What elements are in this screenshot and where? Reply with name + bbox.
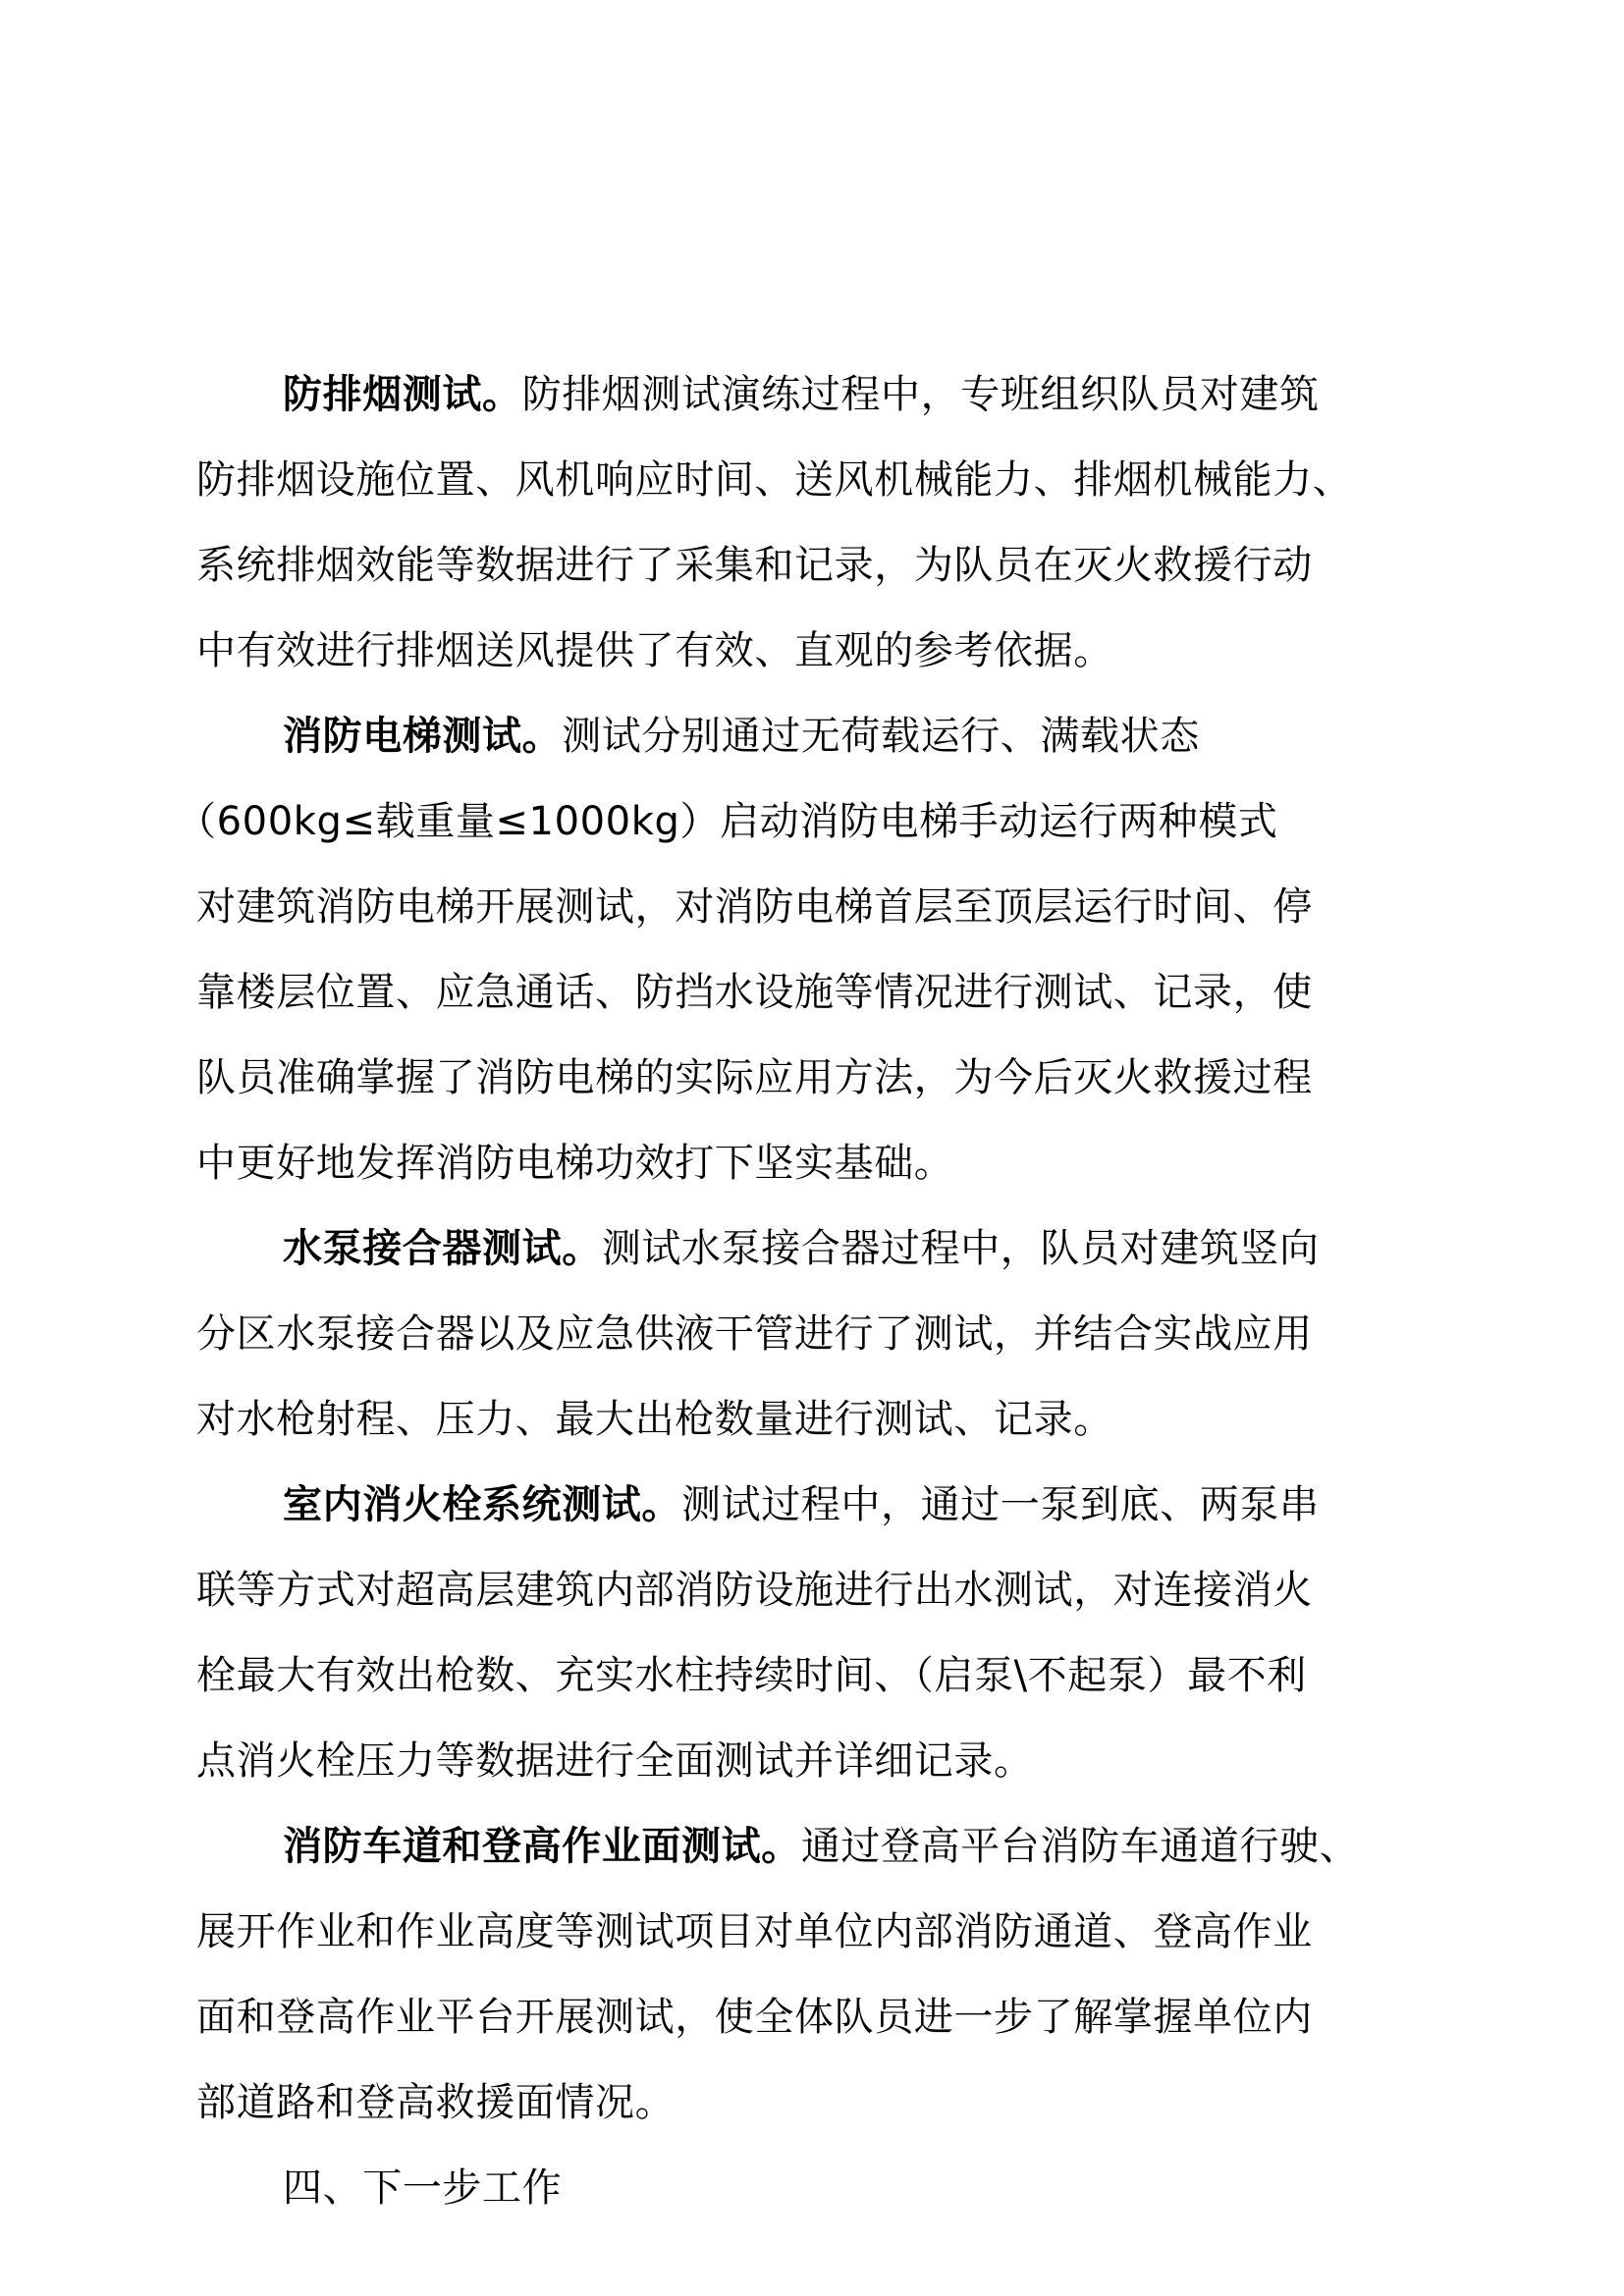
paragraph-text: 测试水泵接合器过程中，队员对建筑竖向 bbox=[602, 1226, 1320, 1271]
paragraph-line: 水泵接合器测试。测试水泵接合器过程中，队员对建筑竖向 bbox=[283, 1219, 1549, 1278]
paragraph-line: 对建筑消防电梯开展测试，对消防电梯首层至顶层运行时间、停 bbox=[196, 878, 1463, 936]
paragraph-line: 消防电梯测试。测试分别通过无荷载运行、满载状态 bbox=[283, 707, 1549, 766]
section-heading: 四、下一步工作 bbox=[283, 2159, 1549, 2217]
paragraph-line: 靠楼层位置、应急通话、防挡水设施等情况进行测试、记录，使 bbox=[196, 963, 1463, 1022]
paragraph-line: 中有效进行排烟送风提供了有效、直观的参考依据。 bbox=[196, 621, 1463, 680]
paragraph-line: 联等方式对超高层建筑内部消防设施进行出水测试，对连接消火 bbox=[196, 1561, 1463, 1620]
paragraph-line: 分区水泵接合器以及应急供液干管进行了测试，并结合实战应用 bbox=[196, 1305, 1463, 1363]
paragraph-line: 点消火栓压力等数据进行全面测试并详细记录。 bbox=[196, 1732, 1463, 1790]
paragraph-line: 防排烟测试。防排烟测试演练过程中，专班组织队员对建筑 bbox=[283, 365, 1549, 424]
paragraph-heading: 水泵接合器测试。 bbox=[283, 1226, 602, 1271]
paragraph-line: 对水枪射程、压力、最大出枪数量进行测试、记录。 bbox=[196, 1390, 1463, 1449]
paragraph-line: 室内消火栓系统测试。测试过程中，通过一泵到底、两泵串 bbox=[283, 1475, 1549, 1534]
paragraph-line: 展开作业和作业高度等测试项目对单位内部消防通道、登高作业 bbox=[196, 1902, 1463, 1961]
paragraph-line: 面和登高作业平台开展测试，使全体队员进一步了解掌握单位内 bbox=[196, 1988, 1463, 2047]
paragraph-text: 测试分别通过无荷载运行、满载状态 bbox=[562, 714, 1200, 759]
paragraph-line: 消防车道和登高作业面测试。通过登高平台消防车通道行驶、 bbox=[283, 1817, 1549, 1876]
paragraph-line: （600kg≤载重量≤1000kg）启动消防电梯手动运行两种模式 bbox=[177, 792, 1443, 851]
paragraph-line: 部道路和登高救援面情况。 bbox=[196, 2073, 1463, 2132]
paragraph-heading: 室内消火栓系统测试。 bbox=[283, 1482, 681, 1527]
paragraph-line: 系统排烟效能等数据进行了采集和记录，为队员在灭火救援行动 bbox=[196, 536, 1463, 595]
paragraph-heading: 消防电梯测试。 bbox=[283, 714, 562, 759]
paragraph-line: 中更好地发挥消防电梯功效打下坚实基础。 bbox=[196, 1134, 1463, 1193]
paragraph-heading: 消防车道和登高作业面测试。 bbox=[283, 1824, 801, 1869]
paragraph-text: 测试过程中，通过一泵到底、两泵串 bbox=[681, 1482, 1320, 1527]
paragraph-text: 防排烟测试演练过程中，专班组织队员对建筑 bbox=[522, 372, 1320, 417]
paragraph-text: 通过登高平台消防车通道行驶、 bbox=[801, 1824, 1359, 1869]
paragraph-line: 栓最大有效出枪数、充实水柱持续时间、（启泵\不起泵）最不利 bbox=[196, 1646, 1463, 1705]
paragraph-heading: 防排烟测试。 bbox=[283, 372, 522, 417]
document-page: 防排烟测试。防排烟测试演练过程中，专班组织队员对建筑 防排烟设施位置、风机响应时… bbox=[0, 0, 1624, 2296]
paragraph-line: 队员准确掌握了消防电梯的实际应用方法，为今后灭火救援过程 bbox=[196, 1048, 1463, 1107]
paragraph-line: 防排烟设施位置、风机响应时间、送风机械能力、排烟机械能力、 bbox=[196, 451, 1463, 509]
